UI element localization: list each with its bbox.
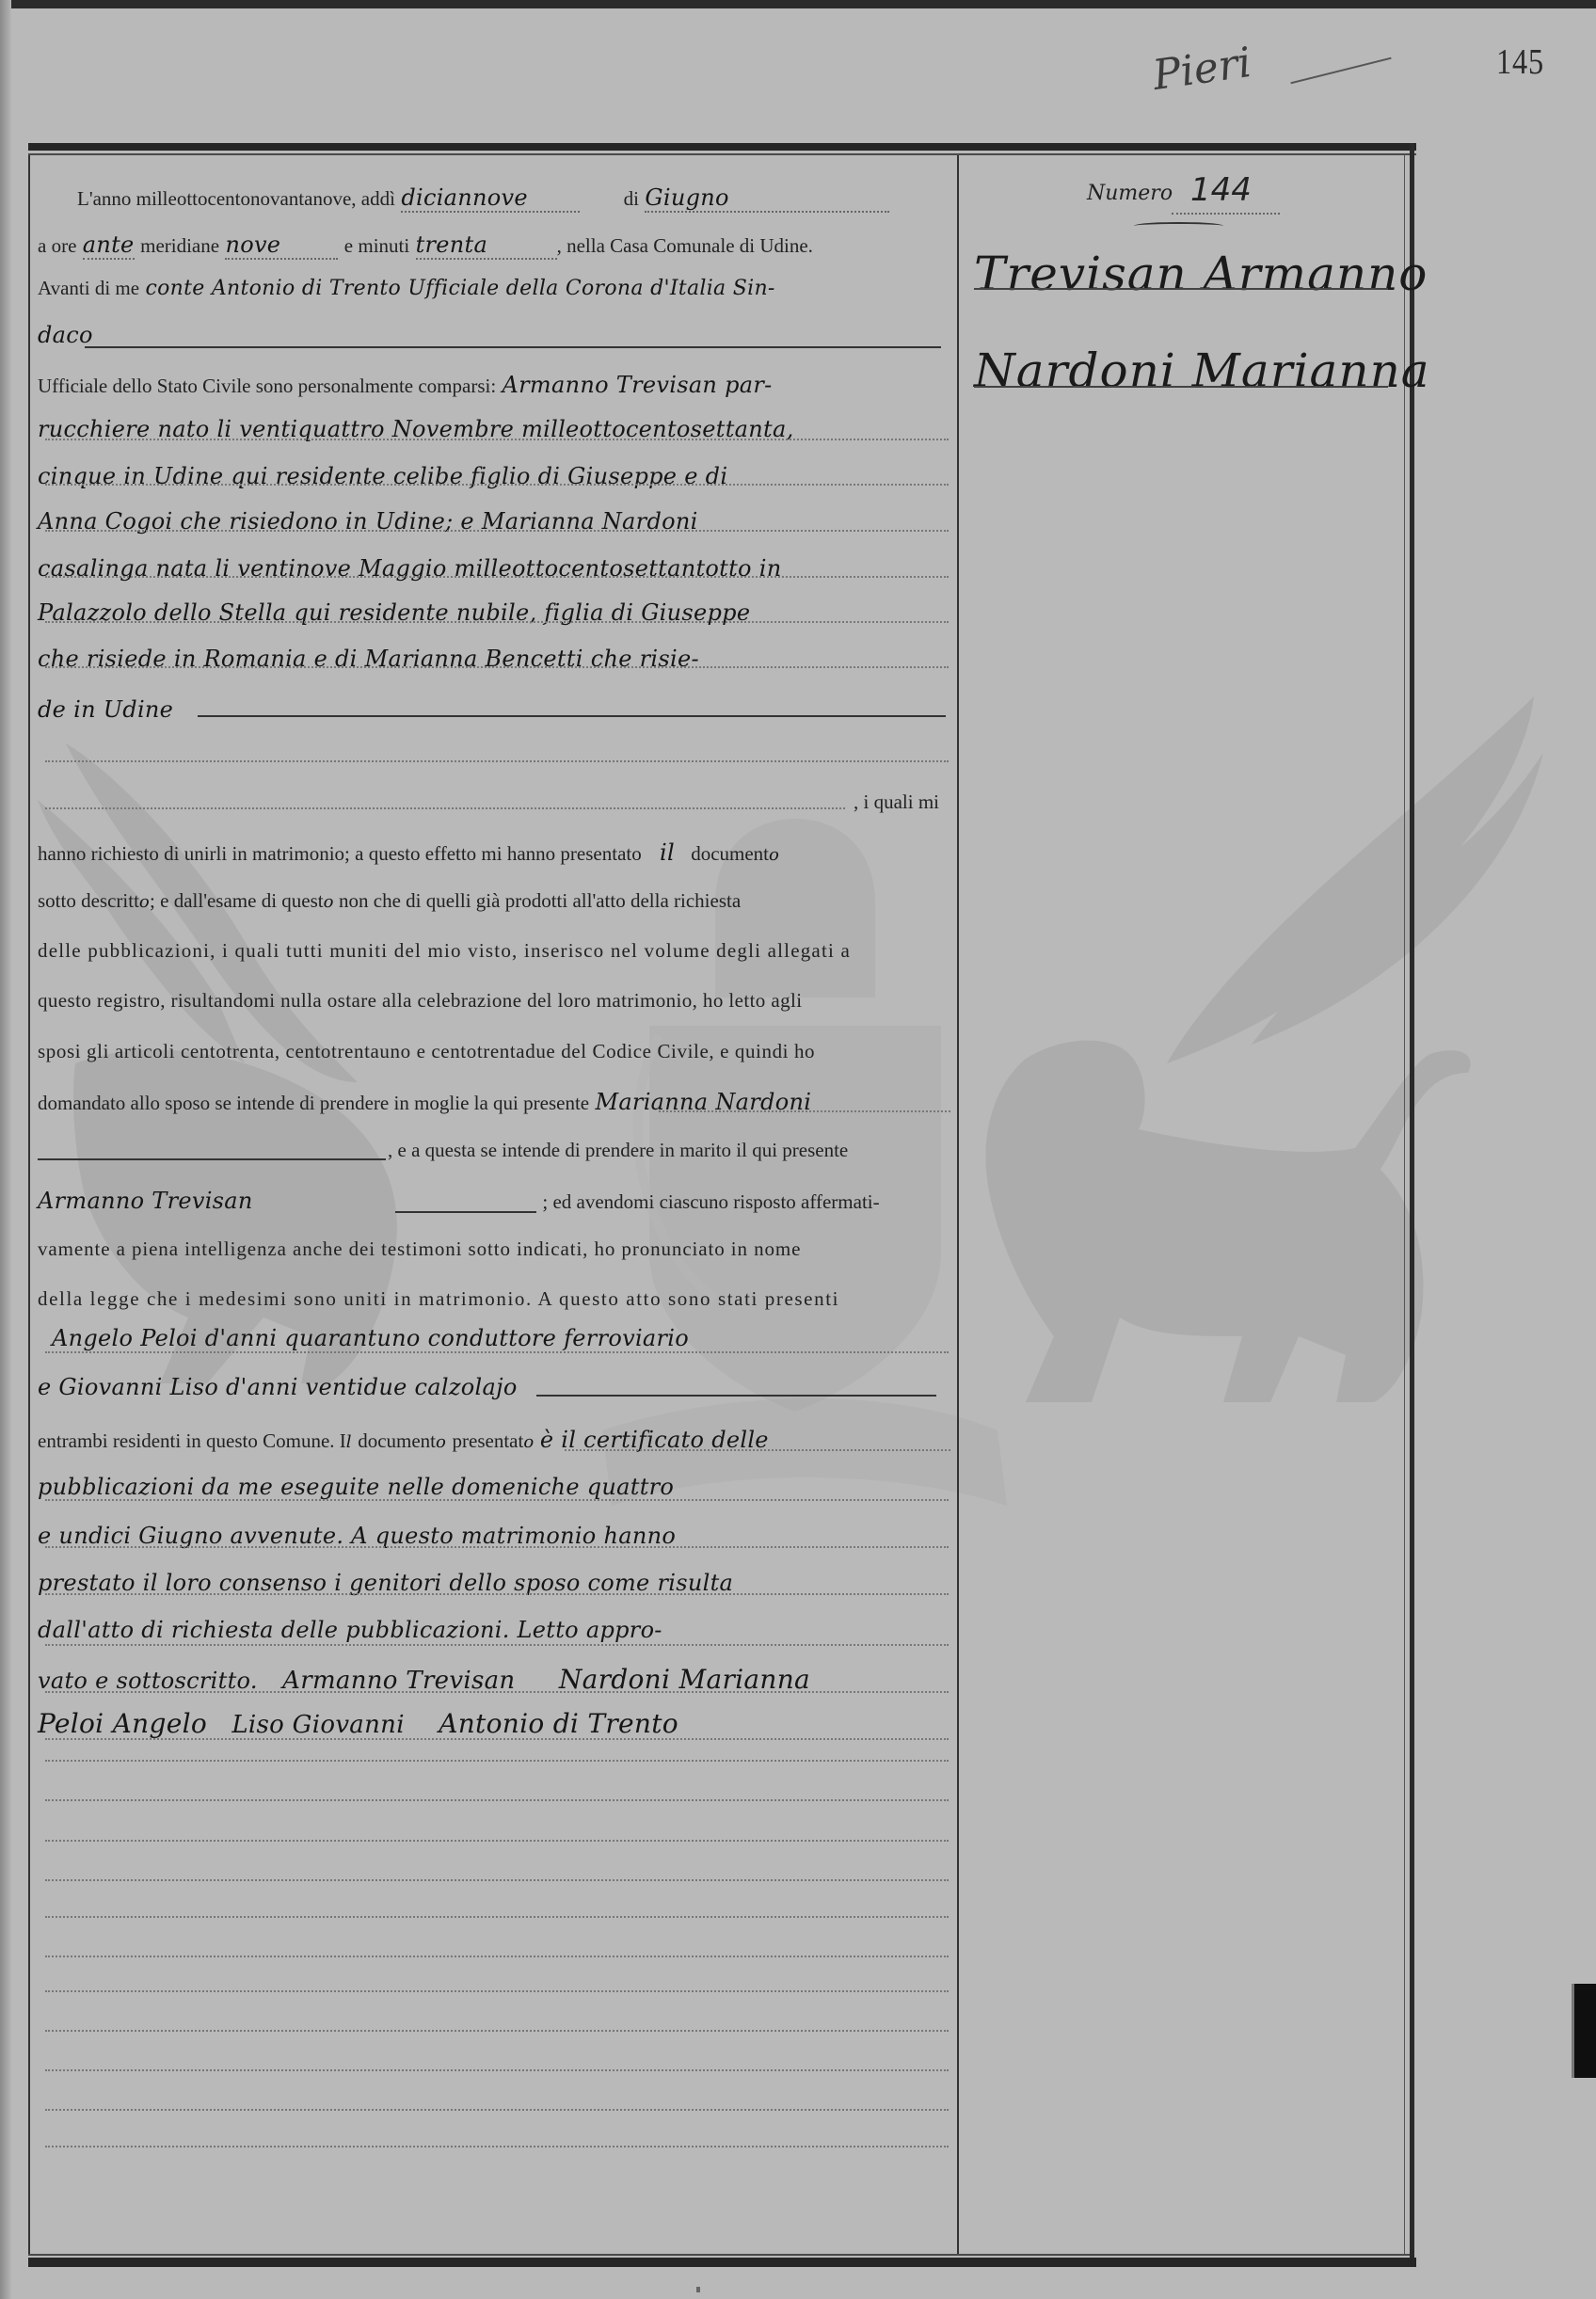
page-number: 145 [1496,41,1544,83]
fill-rule [198,715,946,717]
printed-text: di [624,187,639,210]
act-line-24: della legge che i medesimi sono uniti in… [38,1287,950,1311]
frame-right-border [1410,143,1414,2267]
printed-text: a ore [38,234,76,257]
numero-value: 144 [1190,171,1252,209]
empty-rule [45,2109,949,2111]
signature-flourish [1290,57,1391,85]
empty-rule [45,1990,949,1992]
act-line-19: sposi gli articoli centotrenta, centotre… [38,1040,950,1063]
act-line-18: questo registro, risultandomi nulla osta… [38,989,950,1013]
act-line-12: de in Udine [38,696,950,723]
dotted-rule [45,1644,949,1646]
scan-left-edge [0,0,11,2299]
printed-text: Ufficiale dello Stato Civile sono person… [38,375,496,397]
printed-text: entrambi residenti in questo Comune. I [38,1429,346,1452]
dotted-rule [45,1351,949,1353]
act-line-25: Angelo Peloi d'anni quarantuno conduttor… [52,1325,965,1351]
act-line-17: delle pubblicazioni, i quali tutti munit… [38,939,950,963]
act-line-1: L'anno milleottocentonovantanove, addì d… [77,184,990,213]
printed-text: , e a questa se intende di prendere in m… [388,1139,848,1161]
handwritten-groom: Armanno Trevisan par- [503,372,773,398]
printed-text: sotto descritt [38,889,139,912]
printed-text: document [358,1429,436,1452]
printed-text: non che di quelli già prodotti all'atto … [339,889,741,912]
handwritten-suffix: o [523,1432,534,1452]
fill-rule [38,1158,386,1160]
handwritten-suffix: o [139,892,150,912]
printed-text: Avanti di me [38,277,139,299]
bride-name-rule [974,386,1388,388]
dotted-rule [45,439,949,440]
printed-text: document [691,842,769,865]
dotted-rule [659,1110,950,1112]
printed-text: , i quali mi [854,790,939,813]
act-line-30: prestato il loro consenso i genitori del… [38,1570,950,1596]
act-line-3: Avanti di me conte Antonio di Trento Uff… [38,277,950,300]
handwritten-suffix: o [436,1432,446,1452]
act-line-16: sotto descritto; e dall'esame di questo … [38,889,950,913]
frame-top-inner-border [28,153,1416,155]
handwritten-suffix: o [769,845,779,865]
empty-rule [45,1760,949,1762]
bride-name-margin: Nardoni Marianna [974,343,1430,398]
act-line-21: , e a questa se intende di prendere in m… [388,1139,952,1162]
printed-text: e minuti [344,234,409,257]
frame-left-border [28,155,30,2256]
handwritten-month: Giugno [645,184,889,213]
dotted-rule [565,1449,950,1451]
fill-rule [85,346,941,348]
dotted-rule [45,760,949,762]
signature-officer: Antonio di Trento [439,1708,678,1739]
binding-clip [1572,1984,1596,2078]
handwritten-ante: ante [83,231,135,260]
empty-rule [45,1916,949,1918]
empty-rule [45,1879,949,1881]
dotted-rule [45,1593,949,1595]
act-line-14: , i quali mi [38,790,939,814]
handwritten-suffix: l [346,1432,352,1452]
handwritten-article: il [660,839,675,866]
act-line-29: e undici Giugno avvenute. A questo matri… [38,1523,950,1549]
printed-text: , nella Casa Comunale di Udine. [557,234,813,257]
fill-rule [536,1395,936,1397]
groom-name-rule [974,288,1388,290]
empty-rule [45,2030,949,2032]
dotted-rule [45,1691,949,1693]
act-line-31: dall'atto di richiesta delle pubblicazio… [38,1617,950,1643]
frame-top-border [28,143,1416,151]
frame-bottom-border [28,2258,1416,2267]
fill-rule [395,1211,536,1213]
handwritten-officer: conte Antonio di Trento Ufficiale della … [145,277,774,300]
empty-rule [45,2069,949,2071]
scan-mark [696,2287,700,2292]
printed-text: L'anno milleottocentonovantanove, addì [77,187,395,210]
handwritten-suffix: o [324,892,334,912]
act-line-22: Armanno Trevisan ; ed avendomi ciascuno … [38,1188,950,1214]
printed-text: presentat [453,1429,524,1452]
empty-rule [45,1799,949,1801]
dotted-rule [45,666,949,668]
act-line-23: vamente a piena intelligenza anche dei t… [38,1237,950,1261]
printed-text: meridiane [140,234,219,257]
dotted-rule [45,1738,949,1740]
empty-rule [45,2146,949,2147]
signature-witness-2: Liso Giovanni [231,1711,404,1739]
act-line-2: a ore ante meridiane nove e minuti trent… [38,231,950,260]
printed-text: ; ed avendomi ciascuno risposto affermat… [542,1190,879,1213]
printed-text: domandato allo sposo se intende di prend… [38,1092,589,1114]
handwritten-text: vato e sottoscritto. [38,1668,258,1694]
scan-top-edge [0,0,1596,8]
dotted-rule [45,530,949,532]
act-line-15: hanno richiesto di unirli in matrimonio;… [38,839,950,866]
empty-rule [45,1956,949,1957]
margin-signature: Pieri [1150,39,1254,100]
numero-label: Numero [1087,182,1173,205]
signature-witness-1: Peloi Angelo [38,1708,207,1739]
dotted-rule [45,484,949,486]
handwritten-day: diciannove [401,184,580,213]
dotted-rule [45,1546,949,1548]
handwritten-groom-name: Armanno Trevisan [38,1188,395,1214]
handwritten-hour: nove [225,231,338,260]
empty-rule [45,1840,949,1842]
handwritten-text: daco [38,322,93,348]
frame-bottom-inner-border [28,2254,1410,2256]
act-line-33: Peloi Angelo Liso Giovanni Antonio di Tr… [38,1708,950,1739]
dotted-rule [45,621,949,623]
column-divider [957,155,959,2256]
printed-text: ; e dall'esame di quest [150,889,324,912]
numero-ornament [1134,222,1223,230]
act-line-28: pubblicazioni da me eseguite nelle domen… [38,1474,950,1500]
printed-text: hanno richiesto di unirli in matrimonio;… [38,842,642,865]
frame-right-inner-border [1404,155,1405,2256]
dotted-rule [45,576,949,578]
dotted-rule [45,1499,949,1501]
handwritten-minutes: trenta [416,231,557,260]
act-line-4: daco [38,322,950,348]
numero-rule [1172,213,1280,215]
act-line-5: Ufficiale dello Stato Civile sono person… [38,372,950,398]
groom-name-margin: Trevisan Armanno [974,247,1428,301]
